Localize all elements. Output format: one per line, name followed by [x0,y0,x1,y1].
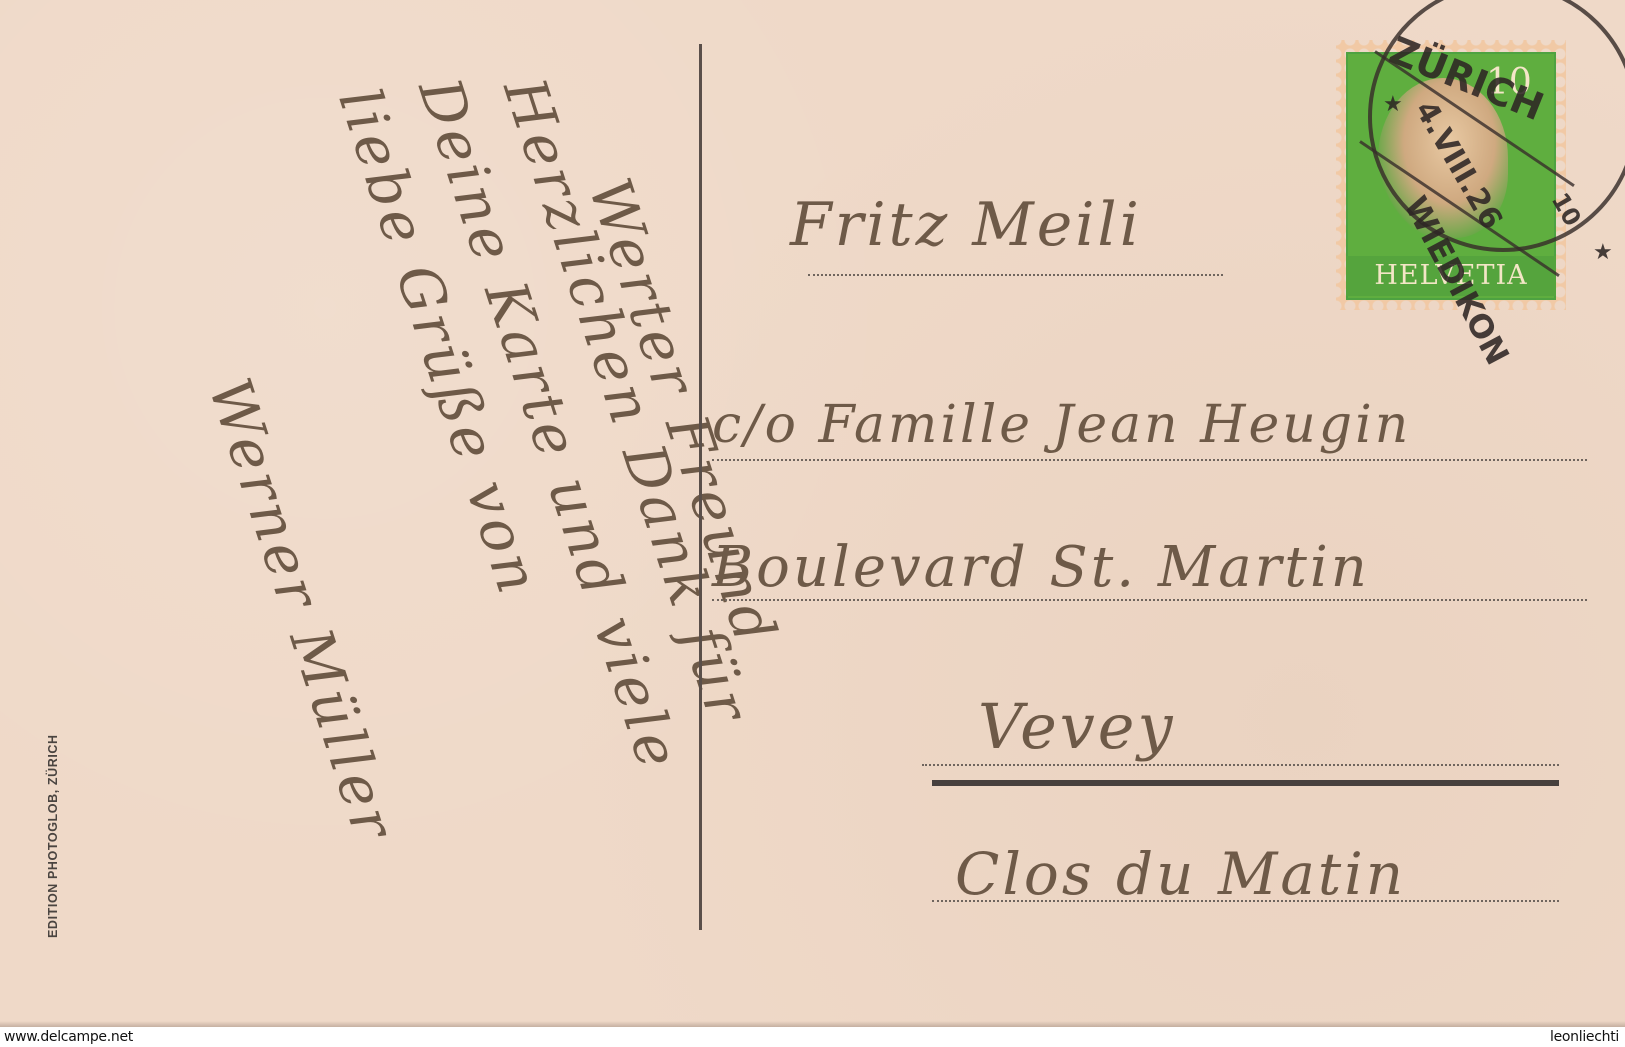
message-line: Werner Müller [189,370,409,852]
site-watermark: www.delcampe.net [4,1027,133,1047]
seller-name: leonliechti [1550,1027,1619,1047]
address-rule [932,900,1559,902]
postcard-back: EDITION PHOTOGLOB, ZÜRICH Werter Freund … [0,0,1625,1027]
postmark-star-icon: ★ [1593,240,1613,265]
address-rule [712,459,1587,461]
address-street: Boulevard St. Martin [712,535,1370,600]
center-divider-line [699,44,702,930]
handwritten-signature: Werner Müller [189,370,409,852]
address-name: Fritz Meili [790,190,1142,260]
address-rule [712,599,1587,601]
address-rule [808,274,1223,276]
city-underline [932,780,1559,786]
postmark-star-icon: ★ [1383,92,1403,117]
address-care-of: c/o Famille Jean Heugin [712,395,1411,455]
address-locality: Clos du Matin [955,840,1406,908]
address-city: Vevey [978,690,1176,763]
address-rule [922,764,1559,766]
publisher-imprint: EDITION PHOTOGLOB, ZÜRICH [46,734,60,938]
footer-bar: www.delcampe.net leonliechti [0,1027,1625,1047]
